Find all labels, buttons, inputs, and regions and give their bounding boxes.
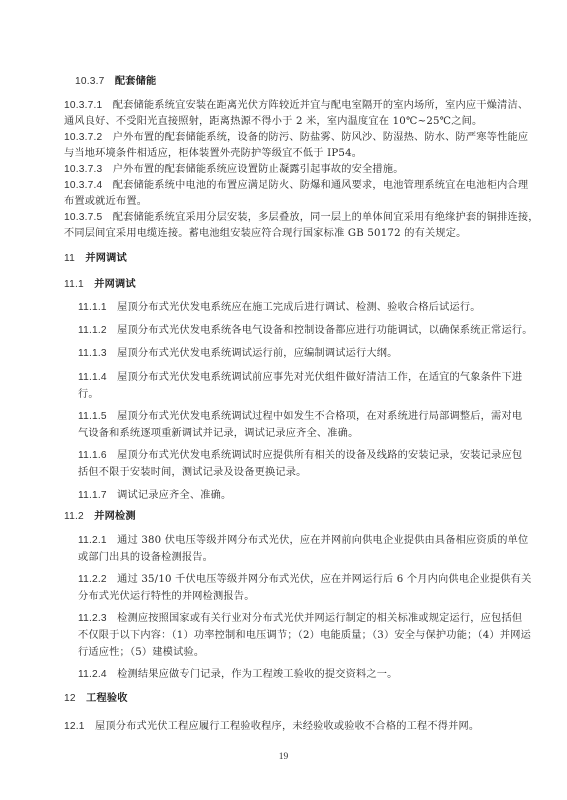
clause-11-2-3-line3: 行适应性；（5）建模试验。: [78, 646, 204, 659]
clause-11-2-3-line1: 11.2.3 检测应按照国家或有关行业对分布式光伏并网运行制定的相关标准或规定运…: [78, 612, 522, 625]
clause-11-1-7: 11.1.7 调试记录应齐全、准确。: [78, 489, 231, 502]
clause-text: 屋顶分布式光伏发电系统调试前应事先对光伏组件做好清洁工作，在适宜的气象条件下进: [117, 372, 522, 383]
section-number: 11.2: [64, 511, 84, 522]
clause-10-3-7-5-line2: 不同层间宜采用电缆连接。蓄电池组安装应符合现行国家标准 GB 50172 的有关…: [64, 227, 467, 240]
clause-text: 通过 380 伏电压等级并网分布式光伏，应在并网前向供电企业提供由具备相应资质的…: [117, 535, 528, 546]
clause-text: 配套储能系统宜采用分层安装，多层叠放，同一层上的单体间宜采用有绝缘护套的铜排连接…: [113, 212, 539, 223]
clause-text: 户外布置的配套储能系统应设置防止凝露引起事故的安全措施。: [113, 164, 404, 175]
clause-number: 11.1.2: [78, 325, 107, 336]
clause-10-3-7-2-line1: 10.3.7.2 户外布置的配套储能系统，设备的防污、防盐雾、防风沙、防湿热、防…: [64, 131, 528, 144]
chapter-heading-12: 12 工程验收: [64, 692, 128, 705]
clause-number: 11.1.7: [78, 490, 107, 501]
clause-11-2-2-line1: 11.2.2 通过 35/10 千伏电压等级并网分布式光伏，应在并网运行后 6 …: [78, 573, 531, 586]
clause-number: 10.3.7.5: [64, 212, 102, 223]
clause-text: 配套储能系统中电池的布置应满足防火、防爆和通风要求，电池管理系统宜在电池柜内合理: [113, 180, 529, 191]
clause-11-1-5-line1: 11.1.5 屋顶分布式光伏发电系统调试过程中如发生不合格项，在对系统进行局部调…: [78, 410, 522, 423]
clause-number: 10.3.7.1: [64, 100, 102, 111]
clause-number: 10.3.7.2: [64, 132, 102, 143]
clause-number: 11.1.3: [78, 348, 107, 359]
clause-11-1-5-line2: 气设备和系统逐项重新调试并记录，调试记录应齐全、准确。: [78, 427, 358, 440]
chapter-title: 并网调试: [85, 253, 127, 264]
clause-10-3-7-3: 10.3.7.3 户外布置的配套储能系统应设置防止凝露引起事故的安全措施。: [64, 163, 404, 176]
clause-text: 调试记录应齐全、准确。: [117, 490, 231, 501]
clause-11-1-6-line2: 括但不限于安装时间，测试记录及设备更换记录。: [78, 466, 307, 479]
clause-10-3-7-4-line2: 布置或就近布置。: [64, 195, 147, 208]
chapter-number: 11: [64, 253, 75, 264]
chapter-number: 12: [64, 693, 76, 704]
clause-12-1: 12.1 屋顶分布式光伏工程应履行工程验收程序，未经验收或验收不合格的工程不得并…: [64, 720, 479, 733]
section-heading-11-2: 11.2 并网检测: [64, 510, 136, 523]
section-heading-11-1: 11.1 并网调试: [64, 278, 136, 291]
clause-11-1-4-line2: 行。: [78, 388, 99, 401]
clause-number: 10.3.7.4: [64, 180, 102, 191]
chapter-title: 工程验收: [86, 693, 128, 704]
clause-text: 配套储能系统宜安装在距离光伏方阵较近并宜与配电室隔开的室内场所，室内应干燥清洁、: [113, 100, 529, 111]
clause-text: 屋顶分布式光伏发电系统各电气设备和控制设备都应进行功能调试，以确保系统正常运行。: [117, 325, 533, 336]
clause-10-3-7-1-line1: 10.3.7.1 配套储能系统宜安装在距离光伏方阵较近并宜与配电室隔开的室内场所…: [64, 99, 528, 112]
clause-number: 12.1: [64, 721, 85, 732]
clause-number: 11.1.4: [78, 372, 107, 383]
clause-text: 屋顶分布式光伏发电系统应在施工完成后进行调试、检测、验收合格后试运行。: [117, 302, 481, 313]
clause-11-2-1-line1: 11.2.1 通过 380 伏电压等级并网分布式光伏，应在并网前向供电企业提供由…: [78, 534, 528, 547]
section-number: 10.3.7: [75, 76, 105, 87]
clause-11-2-2-line2: 分布式光伏运行特性的并网检测报告。: [78, 590, 255, 603]
page-number: 19: [0, 752, 567, 762]
clause-number: 11.2.3: [78, 613, 107, 624]
clause-11-2-4: 11.2.4 检测结果应做专门记录，作为工程竣工验收的提交资料之一。: [78, 668, 398, 681]
chapter-heading-11: 11 并网调试: [64, 252, 127, 265]
section-number: 11.1: [64, 279, 84, 290]
clause-11-1-4-line1: 11.1.4 屋顶分布式光伏发电系统调试前应事先对光伏组件做好清洁工作，在适宜的…: [78, 371, 522, 384]
clause-number: 11.2.4: [78, 669, 107, 680]
clause-number: 11.1.1: [78, 302, 107, 313]
clause-number: 11.2.1: [78, 535, 107, 546]
section-title: 并网调试: [94, 279, 136, 290]
section-title: 并网检测: [94, 511, 136, 522]
clause-11-1-2: 11.1.2 屋顶分布式光伏发电系统各电气设备和控制设备都应进行功能调试，以确保…: [78, 324, 533, 337]
clause-number: 11.1.6: [78, 450, 107, 461]
clause-10-3-7-4-line1: 10.3.7.4 配套储能系统中电池的布置应满足防火、防爆和通风要求，电池管理系…: [64, 179, 528, 192]
clause-text: 户外布置的配套储能系统，设备的防污、防盐雾、防风沙、防湿热、防水、防严寒等性能应: [113, 132, 529, 143]
clause-text: 屋顶分布式光伏发电系统调试时应提供所有相关的设备及线路的安装记录，安装记录应包: [117, 450, 522, 461]
document-page: 10.3.7 配套储能 10.3.7.1 配套储能系统宜安装在距离光伏方阵较近并…: [0, 0, 567, 800]
clause-10-3-7-5-line1: 10.3.7.5 配套储能系统宜采用分层安装，多层叠放，同一层上的单体间宜采用有…: [64, 211, 539, 224]
clause-text: 通过 35/10 千伏电压等级并网分布式光伏，应在并网运行后 6 个月内向供电企…: [117, 574, 531, 585]
clause-number: 11.2.2: [78, 574, 107, 585]
clause-number: 10.3.7.3: [64, 164, 102, 175]
clause-text: 屋顶分布式光伏工程应履行工程验收程序，未经验收或验收不合格的工程不得并网。: [95, 721, 479, 732]
clause-11-1-3: 11.1.3 屋顶分布式光伏发电系统调试运行前，应编制调试运行大纲。: [78, 347, 398, 360]
clause-11-2-3-line2: 不仅限于以下内容：（1）功率控制和电压调节；（2）电能质量；（3）安全与保护功能…: [78, 629, 531, 642]
clause-10-3-7-2-line2: 与当地环境条件相适应，柜体装置外壳防护等级宜不低于 IP54。: [64, 147, 362, 160]
clause-11-2-1-line2: 或部门出具的设备检测报告。: [78, 551, 213, 564]
clause-text: 屋顶分布式光伏发电系统调试过程中如发生不合格项，在对系统进行局部调整后，需对电: [117, 411, 522, 422]
clause-11-1-6-line1: 11.1.6 屋顶分布式光伏发电系统调试时应提供所有相关的设备及线路的安装记录，…: [78, 449, 522, 462]
clause-text: 屋顶分布式光伏发电系统调试运行前，应编制调试运行大纲。: [117, 348, 397, 359]
section-heading-10-3-7: 10.3.7 配套储能: [75, 75, 156, 88]
clause-11-1-1: 11.1.1 屋顶分布式光伏发电系统应在施工完成后进行调试、检测、验收合格后试运…: [78, 301, 481, 314]
section-title: 配套储能: [115, 76, 157, 87]
clause-text: 检测结果应做专门记录，作为工程竣工验收的提交资料之一。: [117, 669, 397, 680]
clause-number: 11.1.5: [78, 411, 107, 422]
clause-text: 检测应按照国家或有关行业对分布式光伏并网运行制定的相关标准或规定运行，应包括但: [117, 613, 522, 624]
clause-10-3-7-1-line2: 通风良好、不受阳光直接照射，距离热源不得小于 2 米，室内温度宜在 10℃~25…: [64, 115, 482, 128]
